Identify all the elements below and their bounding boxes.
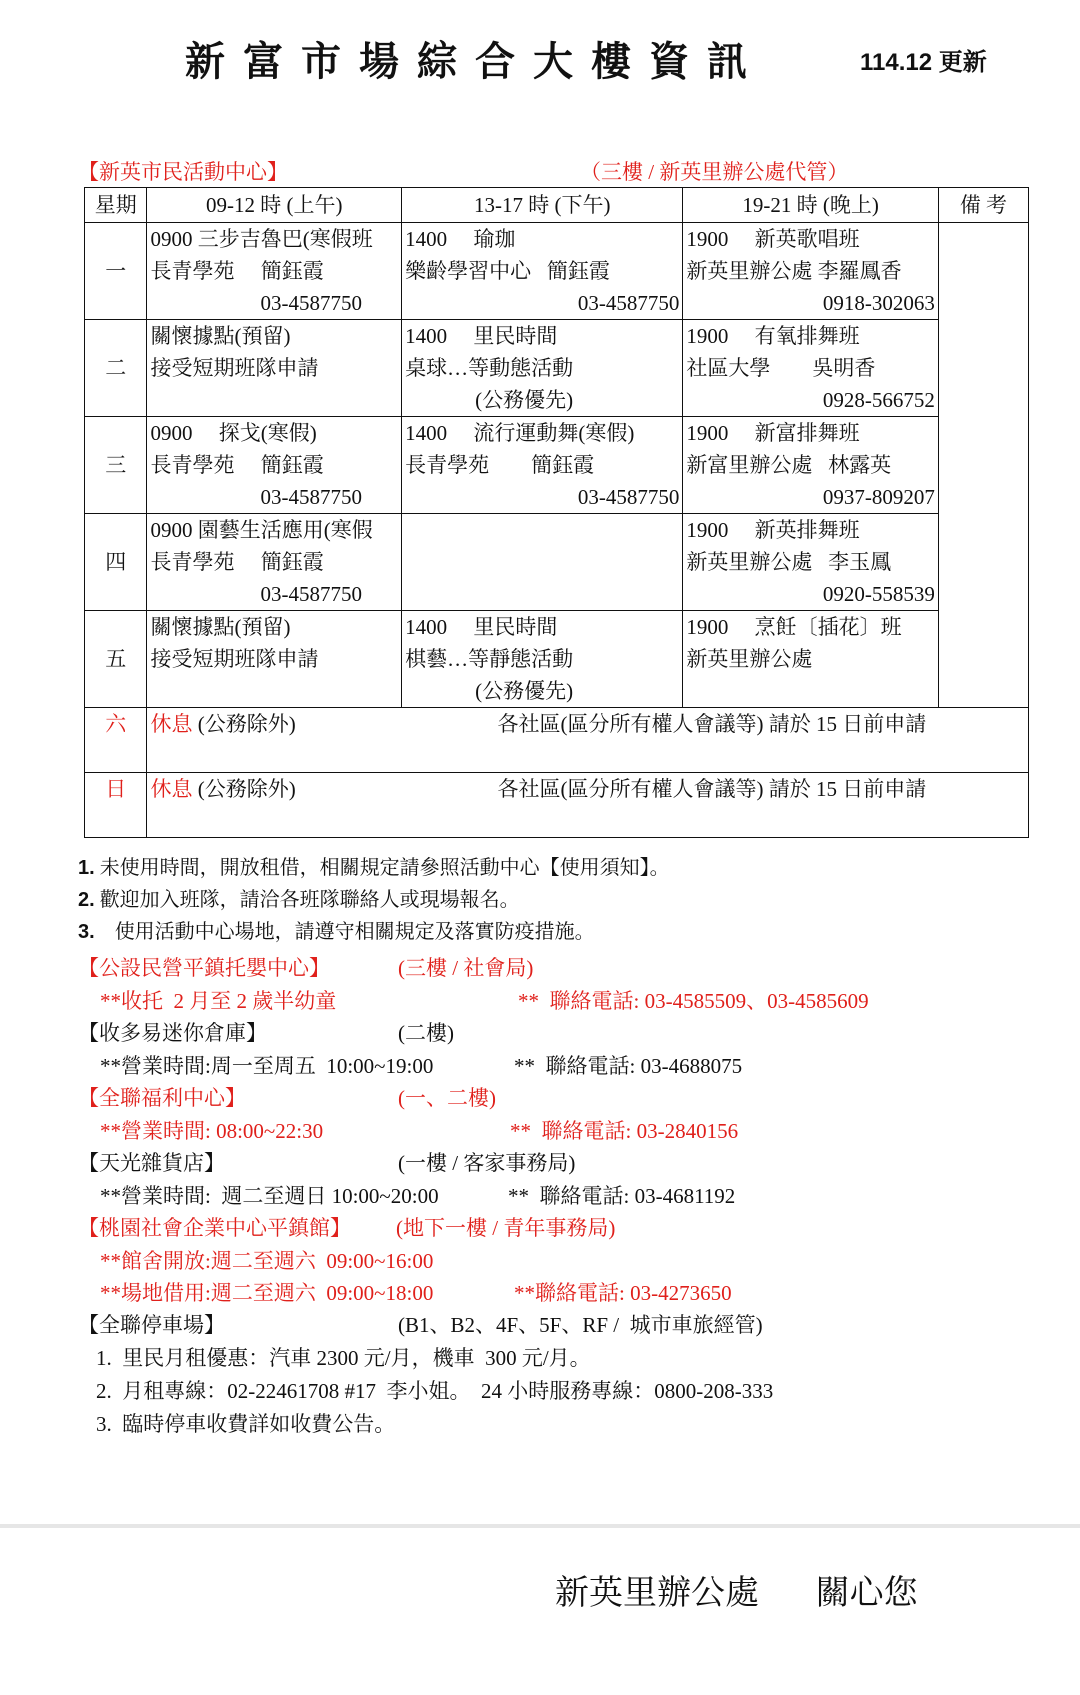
table-row: 二 關懷據點(預留)接受短期班隊申請 1400 里民時間桌球…等動態活動(公務優… <box>85 320 1029 417</box>
morning-cell: 0900 探戈(寒假)長青學苑 簡鈺霞03-4587750 <box>147 417 402 514</box>
day-label: 日 <box>85 773 147 838</box>
day-label: 二 <box>85 320 147 417</box>
afternoon-cell: 1400 流行運動舞(寒假)長青學苑 簡鈺霞03-4587750 <box>402 417 683 514</box>
note-item: 3. 使用活動中心場地，請遵守相關規定及落實防疫措施。 <box>78 916 670 948</box>
facility-storage-hours: **營業時間:周一至周五 10:00~19:00 <box>100 1050 433 1080</box>
evening-cell: 1900 有氧排舞班社區大學 吳明香0928-566752 <box>683 320 939 417</box>
afternoon-cell: 1400 里民時間桌球…等動態活動(公務優先) <box>402 320 683 417</box>
facility-daycare-info: **收托 2 月至 2 歲半幼童 <box>100 985 336 1015</box>
afternoon-cell <box>402 514 683 611</box>
facility-social-enterprise-open: **館舍開放:週二至週六 09:00~16:00 <box>100 1245 433 1275</box>
apply-note: 各社區(區分所有權人會議等) 請於 15 日前申請 <box>497 773 926 805</box>
facility-parking-location: (B1、B2、4F、5F、RF / 城市車旅經管) <box>398 1309 763 1339</box>
table-row: 四 0900 園藝生活應用(寒假長青學苑 簡鈺霞03-4587750 1900 … <box>85 514 1029 611</box>
divider <box>0 1524 1080 1528</box>
facility-storage-name: 【收多易迷你倉庫】 <box>78 1017 267 1047</box>
update-date: 114.12 更新 <box>860 42 987 77</box>
note-item: 2. 歡迎加入班隊，請洽各班隊聯絡人或現場報名。 <box>78 884 670 916</box>
facility-storage-phone: ** 聯絡電話: 03-4688075 <box>514 1050 742 1080</box>
morning-cell: 0900 三步吉魯巴(寒假班長青學苑 簡鈺霞03-4587750 <box>147 223 402 320</box>
table-row: 五 關懷據點(預留)接受短期班隊申請 1400 里民時間棋藝…等靜態活動(公務優… <box>85 611 1029 708</box>
table-row: 三 0900 探戈(寒假)長青學苑 簡鈺霞03-4587750 1400 流行運… <box>85 417 1029 514</box>
note-item: 1. 未使用時間，開放租借，相關規定請參照活動中心【使用須知】。 <box>78 852 670 884</box>
facility-grocery-name: 【天光雜貨店】 <box>78 1147 225 1177</box>
remarks-cell <box>938 223 1028 708</box>
day-label: 四 <box>85 514 147 611</box>
schedule-table: 星期 09-12 時 (上午) 13-17 時 (下午) 19-21 時 (晚上… <box>84 187 1029 838</box>
afternoon-cell: 1400 瑜珈樂齡學習中心 簡鈺霞03-4587750 <box>402 223 683 320</box>
parking-note: 2. 月租專線：02-22461708 #17 李小姐。 24 小時服務專線：0… <box>96 1375 773 1405</box>
facility-parking-name: 【全聯停車場】 <box>78 1309 225 1339</box>
facility-daycare-name: 【公設民營平鎮托嬰中心】 <box>78 952 330 982</box>
facility-grocery-location: (一樓 / 客家事務局) <box>398 1147 575 1177</box>
apply-note: 各社區(區分所有權人會議等) 請於 15 日前申請 <box>497 708 926 740</box>
page-title: 新富市場綜合大樓資訊 <box>185 30 765 87</box>
facility-grocery-hours: **營業時間: 週二至週日 10:00~20:00 <box>100 1180 439 1210</box>
rest-label: 休息 <box>150 712 192 736</box>
col-evening: 19-21 時 (晚上) <box>683 188 939 223</box>
evening-cell: 1900 烹飪〔插花〕班新英里辦公處 <box>683 611 939 708</box>
evening-cell: 1900 新英歌唱班新英里辦公處 李羅鳳香0918-302063 <box>683 223 939 320</box>
col-day: 星期 <box>85 188 147 223</box>
facility-social-enterprise-name: 【桃園社會企業中心平鎮館】 <box>78 1212 351 1242</box>
parking-note: 1. 里民月租優惠：汽車 2300 元/月，機車 300 元/月。 <box>96 1342 591 1372</box>
afternoon-cell: 1400 里民時間棋藝…等靜態活動(公務優先) <box>402 611 683 708</box>
facility-pxmart-hours: **營業時間: 08:00~22:30 <box>100 1115 323 1145</box>
weekend-cell: 休息 (公務除外) 各社區(區分所有權人會議等) 請於 15 日前申請 <box>147 773 1029 838</box>
table-row: 一 0900 三步吉魯巴(寒假班長青學苑 簡鈺霞03-4587750 1400 … <box>85 223 1029 320</box>
facility-storage-location: (二樓) <box>398 1017 454 1047</box>
day-label: 五 <box>85 611 147 708</box>
morning-cell: 0900 園藝生活應用(寒假長青學苑 簡鈺霞03-4587750 <box>147 514 402 611</box>
facility-pxmart-name: 【全聯福利中心】 <box>78 1082 246 1112</box>
table-row-saturday: 六 休息 (公務除外) 各社區(區分所有權人會議等) 請於 15 日前申請 <box>85 708 1029 773</box>
facility-social-enterprise-booking: **場地借用:週二至週六 09:00~18:00 <box>100 1277 433 1307</box>
day-label: 六 <box>85 708 147 773</box>
activity-center-location: （三樓 / 新英里辦公處代管） <box>580 156 848 186</box>
parking-note: 3. 臨時停車收費詳如收費公告。 <box>96 1408 395 1438</box>
facility-social-enterprise-phone: **聯絡電話: 03-4273650 <box>514 1277 732 1307</box>
facility-pxmart-phone: ** 聯絡電話: 03-2840156 <box>510 1115 738 1145</box>
day-label: 三 <box>85 417 147 514</box>
table-header-row: 星期 09-12 時 (上午) 13-17 時 (下午) 19-21 時 (晚上… <box>85 188 1029 223</box>
facility-grocery-phone: ** 聯絡電話: 03-4681192 <box>508 1180 735 1210</box>
evening-cell: 1900 新富排舞班新富里辦公處 林露英0937-809207 <box>683 417 939 514</box>
morning-cell: 關懷據點(預留)接受短期班隊申請 <box>147 611 402 708</box>
facility-daycare-phone: ** 聯絡電話: 03-4585509、03-4585609 <box>518 985 869 1015</box>
footer-signature: 新英里辦公處 關心您 <box>555 1565 918 1614</box>
weekend-cell: 休息 (公務除外) 各社區(區分所有權人會議等) 請於 15 日前申請 <box>147 708 1029 773</box>
evening-cell: 1900 新英排舞班新英里辦公處 李玉鳳0920-558539 <box>683 514 939 611</box>
day-label: 一 <box>85 223 147 320</box>
activity-center-name: 【新英市民活動中心】 <box>78 156 288 186</box>
facility-daycare-location: (三樓 / 社會局) <box>398 952 533 982</box>
facility-social-enterprise-location: (地下一樓 / 青年事務局) <box>396 1212 615 1242</box>
morning-cell: 關懷據點(預留)接受短期班隊申請 <box>147 320 402 417</box>
col-remarks: 備 考 <box>938 188 1028 223</box>
col-morning: 09-12 時 (上午) <box>147 188 402 223</box>
table-row-sunday: 日 休息 (公務除外) 各社區(區分所有權人會議等) 請於 15 日前申請 <box>85 773 1029 838</box>
col-afternoon: 13-17 時 (下午) <box>402 188 683 223</box>
facility-pxmart-location: (一、二樓) <box>398 1082 496 1112</box>
notes-list: 1. 未使用時間，開放租借，相關規定請參照活動中心【使用須知】。 2. 歡迎加入… <box>78 852 670 948</box>
rest-label: 休息 <box>150 777 192 801</box>
